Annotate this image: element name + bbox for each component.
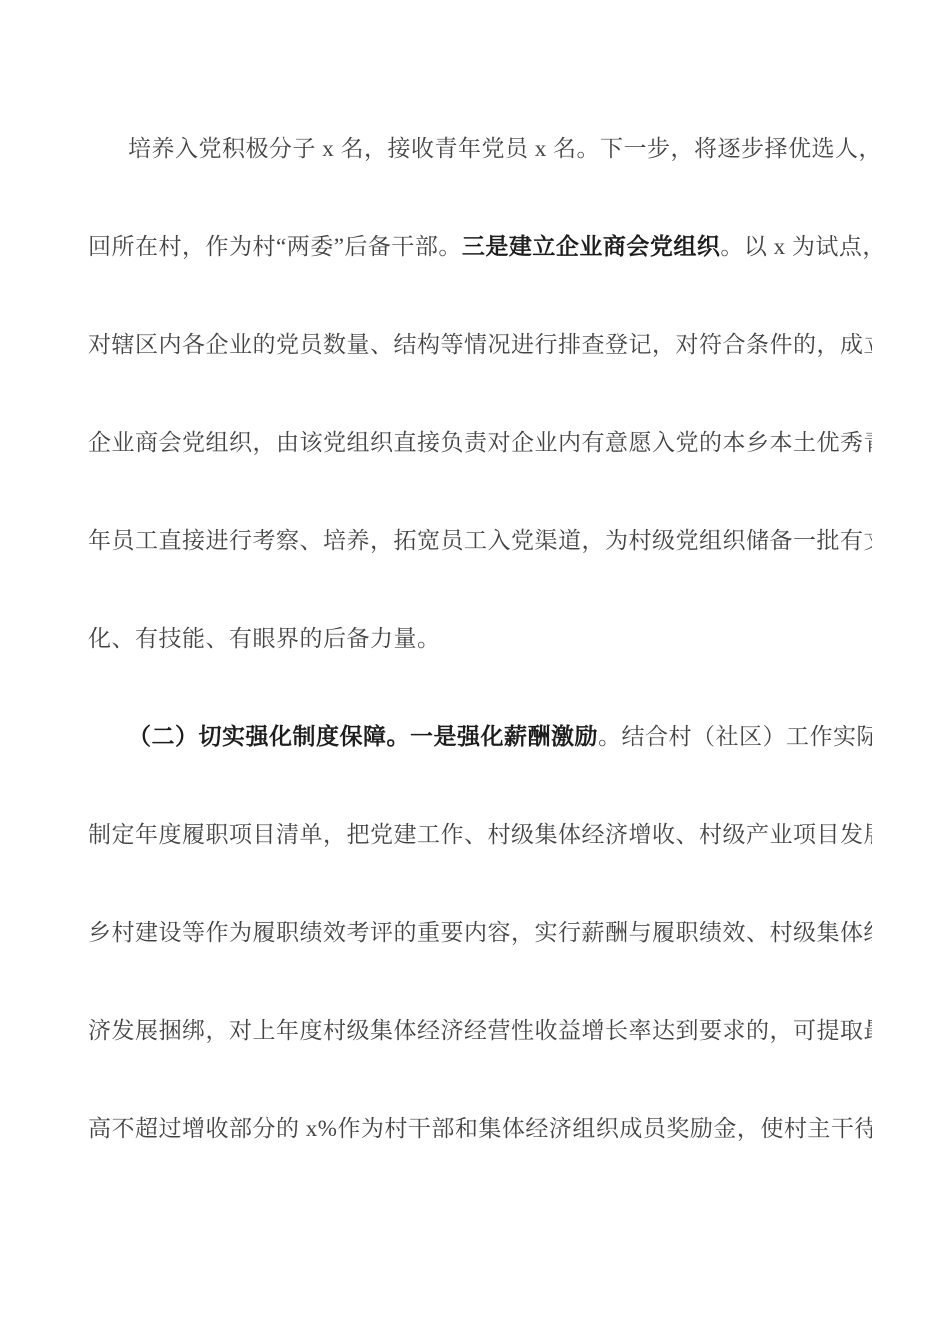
text-line: （二）切实强化制度保障。一是强化薪酬激励。结合村（社区）工作实际， [88,688,872,786]
text-line: 制定年度履职项目清单，把党建工作、村级集体经济增收、村级产业项目发展、 [88,786,872,884]
text-run: 乡村建设等作为履职绩效考评的重要内容，实行薪酬与履职绩效、村级集体经 [88,920,872,945]
text-run: 对辖区内各企业的党员数量、结构等情况进行排查登记，对符合条件的，成立 [88,332,872,357]
text-line: 回所在村，作为村“两委”后备干部。三是建立企业商会党组织。以 x 为试点， [88,198,872,296]
text-run: 。结合村（社区）工作实际， [598,724,872,749]
text-run: 培养入党积极分子 x 名，接收青年党员 x 名。下一步，将逐步择优选人，派 [128,136,872,161]
paragraph-1: 培养入党积极分子 x 名，接收青年党员 x 名。下一步，将逐步择优选人，派回所在… [88,100,872,688]
text-line: 对辖区内各企业的党员数量、结构等情况进行排查登记，对符合条件的，成立 [88,296,872,394]
text-line: 乡村建设等作为履职绩效考评的重要内容，实行薪酬与履职绩效、村级集体经 [88,884,872,982]
text-line: 企业商会党组织，由该党组织直接负责对企业内有意愿入党的本乡本土优秀青 [88,394,872,492]
paragraph-2: （二）切实强化制度保障。一是强化薪酬激励。结合村（社区）工作实际，制定年度履职项… [88,688,872,1178]
text-run: 高不超过增收部分的 x%作为村干部和集体经济组织成员奖励金，使村主干待遇 [88,1116,872,1141]
text-run: 回所在村，作为村“两委”后备干部。 [88,234,462,259]
document-body: 培养入党积极分子 x 名，接收青年党员 x 名。下一步，将逐步择优选人，派回所在… [88,100,872,1178]
text-run: 企业商会党组织，由该党组织直接负责对企业内有意愿入党的本乡本土优秀青 [88,430,872,455]
text-line: 化、有技能、有眼界的后备力量。 [88,590,872,688]
text-run-bold: 三是建立企业商会党组织 [462,234,721,259]
text-run: 制定年度履职项目清单，把党建工作、村级集体经济增收、村级产业项目发展、 [88,822,872,847]
text-run-bold: （二）切实强化制度保障。一是强化薪酬激励 [128,724,598,749]
document-page: 培养入党积极分子 x 名，接收青年党员 x 名。下一步，将逐步择优选人，派回所在… [0,0,950,1344]
text-line: 年员工直接进行考察、培养，拓宽员工入党渠道，为村级党组织储备一批有文 [88,492,872,590]
text-run: 。以 x 为试点， [720,234,872,259]
text-line: 济发展捆绑，对上年度村级集体经济经营性收益增长率达到要求的，可提取最 [88,982,872,1080]
text-run: 化、有技能、有眼界的后备力量。 [88,626,441,651]
text-run: 年员工直接进行考察、培养，拓宽员工入党渠道，为村级党组织储备一批有文 [88,528,872,553]
text-line: 高不超过增收部分的 x%作为村干部和集体经济组织成员奖励金，使村主干待遇 [88,1080,872,1178]
text-line: 培养入党积极分子 x 名，接收青年党员 x 名。下一步，将逐步择优选人，派 [88,100,872,198]
text-run: 济发展捆绑，对上年度村级集体经济经营性收益增长率达到要求的，可提取最 [88,1018,872,1043]
